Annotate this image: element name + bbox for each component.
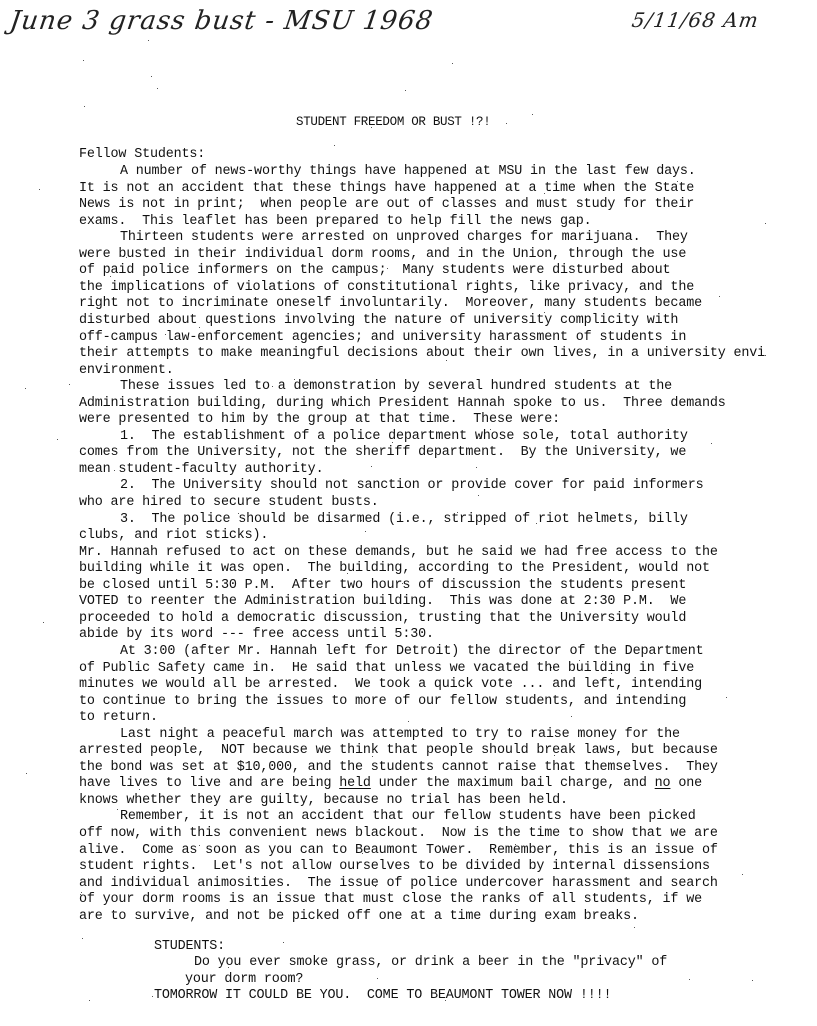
scan-speck xyxy=(392,442,393,443)
closing-heading: STUDENTS: xyxy=(154,939,225,955)
scan-speck xyxy=(479,438,480,439)
body-line: It is not an accident that these things … xyxy=(79,181,694,197)
body-line: exams. This leaflet has been prepared to… xyxy=(79,214,592,230)
scan-speck xyxy=(187,421,188,422)
scan-speck xyxy=(579,660,580,661)
body-line: be closed until 5:30 P.M. After two hour… xyxy=(79,578,686,594)
scan-speck xyxy=(515,844,516,845)
body-line: of Public Safety came in. He said that u… xyxy=(79,661,694,677)
body-line: 2. The University should not sanction or… xyxy=(120,478,704,494)
body-line: disturbed about questions involving the … xyxy=(79,313,678,329)
body-line: abide by its word --- free access until … xyxy=(79,627,434,643)
body-line: the implications of violations of consti… xyxy=(79,280,694,296)
body-line: were busted in their individual dorm roo… xyxy=(79,247,686,263)
body-line: Mr. Hannah refused to act on these deman… xyxy=(79,545,718,561)
scan-speck xyxy=(752,980,753,981)
body-line: At 3:00 (after Mr. Hannah left for Detro… xyxy=(120,644,704,660)
scan-speck xyxy=(230,783,231,784)
scan-speck xyxy=(457,512,458,513)
scan-speck xyxy=(206,897,207,898)
body-line: alive. Come as soon as you can to Beaumo… xyxy=(79,843,718,859)
body-line: of your dorm rooms is an issue that must… xyxy=(79,892,702,908)
body-line: knows whether they are guilty, because n… xyxy=(79,793,568,809)
body-line: 3. The police should be disarmed (i.e., … xyxy=(120,512,688,528)
scan-speck xyxy=(742,874,743,875)
scan-speck xyxy=(126,257,127,258)
scan-speck xyxy=(362,853,363,854)
scan-speck xyxy=(372,756,373,757)
scan-speck xyxy=(375,886,376,887)
typewritten-leaflet: STUDENT FREEDOM OR BUST !?! Fellow Stude… xyxy=(0,0,817,1026)
body-line: Administration building, during which Pr… xyxy=(79,396,726,412)
body-line: off-campus law-enforcement agencies; and… xyxy=(79,330,686,346)
scan-speck xyxy=(362,405,363,406)
scan-speck xyxy=(490,429,491,430)
scan-speck xyxy=(544,193,545,194)
body-line: arrested people, NOT because we think th… xyxy=(79,743,718,759)
scan-speck xyxy=(371,127,372,128)
scan-speck xyxy=(726,697,727,698)
body-line: 1. The establishment of a police departm… xyxy=(120,429,688,445)
scan-speck xyxy=(441,918,442,919)
scan-speck xyxy=(165,334,166,335)
scan-speck xyxy=(544,312,545,313)
scan-speck xyxy=(611,673,612,674)
scan-speck xyxy=(241,797,242,798)
salutation: Fellow Students: xyxy=(79,147,205,163)
scan-speck xyxy=(445,1000,446,1001)
body-line: environment. xyxy=(79,363,174,379)
body-line: VOTED to reenter the Administration buil… xyxy=(79,594,686,610)
scan-speck xyxy=(225,269,226,270)
scan-speck xyxy=(294,379,295,380)
scan-speck xyxy=(367,265,368,266)
body-line: were presented to him by the group at th… xyxy=(79,412,560,428)
scan-speck xyxy=(199,327,200,328)
scan-speck xyxy=(408,721,409,722)
body-line: clubs, and riot sticks). xyxy=(79,528,268,544)
scan-speck xyxy=(69,384,70,385)
body-line: the bond was set at $10,000, and the stu… xyxy=(79,760,718,776)
scan-speck xyxy=(57,439,58,440)
scan-speck xyxy=(110,276,111,277)
body-line: off now, with this convenient news black… xyxy=(79,826,718,842)
body-line: Remember, it is not an accident that our… xyxy=(120,809,696,825)
scan-speck xyxy=(25,388,26,389)
scan-speck xyxy=(478,495,479,496)
scan-speck xyxy=(536,523,537,524)
scan-speck xyxy=(81,892,82,893)
body-line: Last night a peaceful march was attempte… xyxy=(120,727,680,743)
document-title: STUDENT FREEDOM OR BUST !?! xyxy=(296,115,490,129)
scan-speck xyxy=(689,979,690,980)
body-line: proceeded to hold a democratic discussio… xyxy=(79,611,686,627)
closing-question-line-1: Do you ever smoke grass, or drink a beer… xyxy=(194,955,667,971)
scan-speck xyxy=(43,622,44,623)
scan-speck xyxy=(365,531,366,532)
scan-speck xyxy=(634,927,635,928)
scan-speck xyxy=(283,942,284,943)
scan-speck xyxy=(571,716,572,717)
scan-speck xyxy=(636,172,637,173)
scan-speck xyxy=(532,114,533,115)
scan-speck xyxy=(405,90,406,91)
scan-speck xyxy=(347,573,348,574)
scan-speck xyxy=(114,470,115,471)
scan-speck xyxy=(151,76,152,77)
scan-speck xyxy=(334,145,335,146)
body-line: to return. xyxy=(79,710,158,726)
scan-speck xyxy=(84,106,85,107)
scan-speck xyxy=(431,448,432,449)
scan-speck xyxy=(377,978,378,979)
body-line: who are hired to secure student busts. xyxy=(79,495,379,511)
scan-speck xyxy=(199,845,200,846)
scan-speck xyxy=(238,513,239,514)
body-line: News is not in print; when people are ou… xyxy=(79,197,694,213)
body-line: to continue to bring the issues to more … xyxy=(79,694,686,710)
scan-speck xyxy=(554,755,555,756)
scan-speck xyxy=(765,223,766,224)
scan-speck xyxy=(551,667,552,668)
scan-speck xyxy=(89,1000,90,1001)
body-line: student rights. Let's not allow ourselve… xyxy=(79,859,710,875)
scan-speck xyxy=(599,167,600,168)
scan-speck xyxy=(117,809,118,810)
body-line: their attempts to make meaningful decisi… xyxy=(79,346,765,362)
scan-speck xyxy=(228,967,229,968)
scan-speck xyxy=(408,268,409,269)
scan-speck xyxy=(139,789,140,790)
body-line: A number of news-worthy things have happ… xyxy=(120,164,696,180)
scan-speck xyxy=(438,845,439,846)
scan-speck xyxy=(506,123,507,124)
scan-speck xyxy=(371,466,372,467)
scan-speck xyxy=(402,583,403,584)
scan-speck xyxy=(80,894,81,895)
body-line: mean student-faculty authority. xyxy=(79,462,323,478)
scan-speck xyxy=(83,60,84,61)
scan-speck xyxy=(157,88,158,89)
scan-speck xyxy=(387,268,388,269)
scan-speck xyxy=(446,360,447,361)
body-line: These issues led to a demonstration by s… xyxy=(120,379,672,395)
call-to-action: TOMORROW IT COULD BE YOU. COME TO BEAUMO… xyxy=(154,988,611,1004)
scan-speck xyxy=(452,63,453,64)
scan-speck xyxy=(113,912,114,913)
scan-speck xyxy=(39,189,40,190)
scan-speck xyxy=(148,40,149,41)
body-line: are to survive, and not be picked off on… xyxy=(79,909,639,925)
scan-speck xyxy=(361,520,362,521)
closing-question-line-2: your dorm room? xyxy=(185,972,303,988)
body-line: right not to incriminate oneself involun… xyxy=(79,296,702,312)
scan-speck xyxy=(602,661,603,662)
body-line: have lives to live and are being held un… xyxy=(79,776,702,792)
scan-speck xyxy=(535,883,536,884)
scan-speck xyxy=(719,296,720,297)
body-line: Thirteen students were arrested on unpro… xyxy=(120,230,688,246)
scan-speck xyxy=(272,386,273,387)
scan-speck xyxy=(677,181,678,182)
scan-speck xyxy=(152,996,153,997)
scan-speck xyxy=(228,388,229,389)
body-line: comes from the University, not the sheri… xyxy=(79,445,686,461)
body-line: minutes we would all be arrested. We too… xyxy=(79,677,702,693)
body-line: of paid police informers on the campus; … xyxy=(79,263,670,279)
body-line: building while it was open. The building… xyxy=(79,561,710,577)
scan-speck xyxy=(765,355,766,356)
scan-speck xyxy=(711,443,712,444)
scan-speck xyxy=(82,938,83,939)
scan-speck xyxy=(26,773,27,774)
scan-speck xyxy=(476,467,477,468)
body-line: and individual animosities. The issue of… xyxy=(79,876,718,892)
